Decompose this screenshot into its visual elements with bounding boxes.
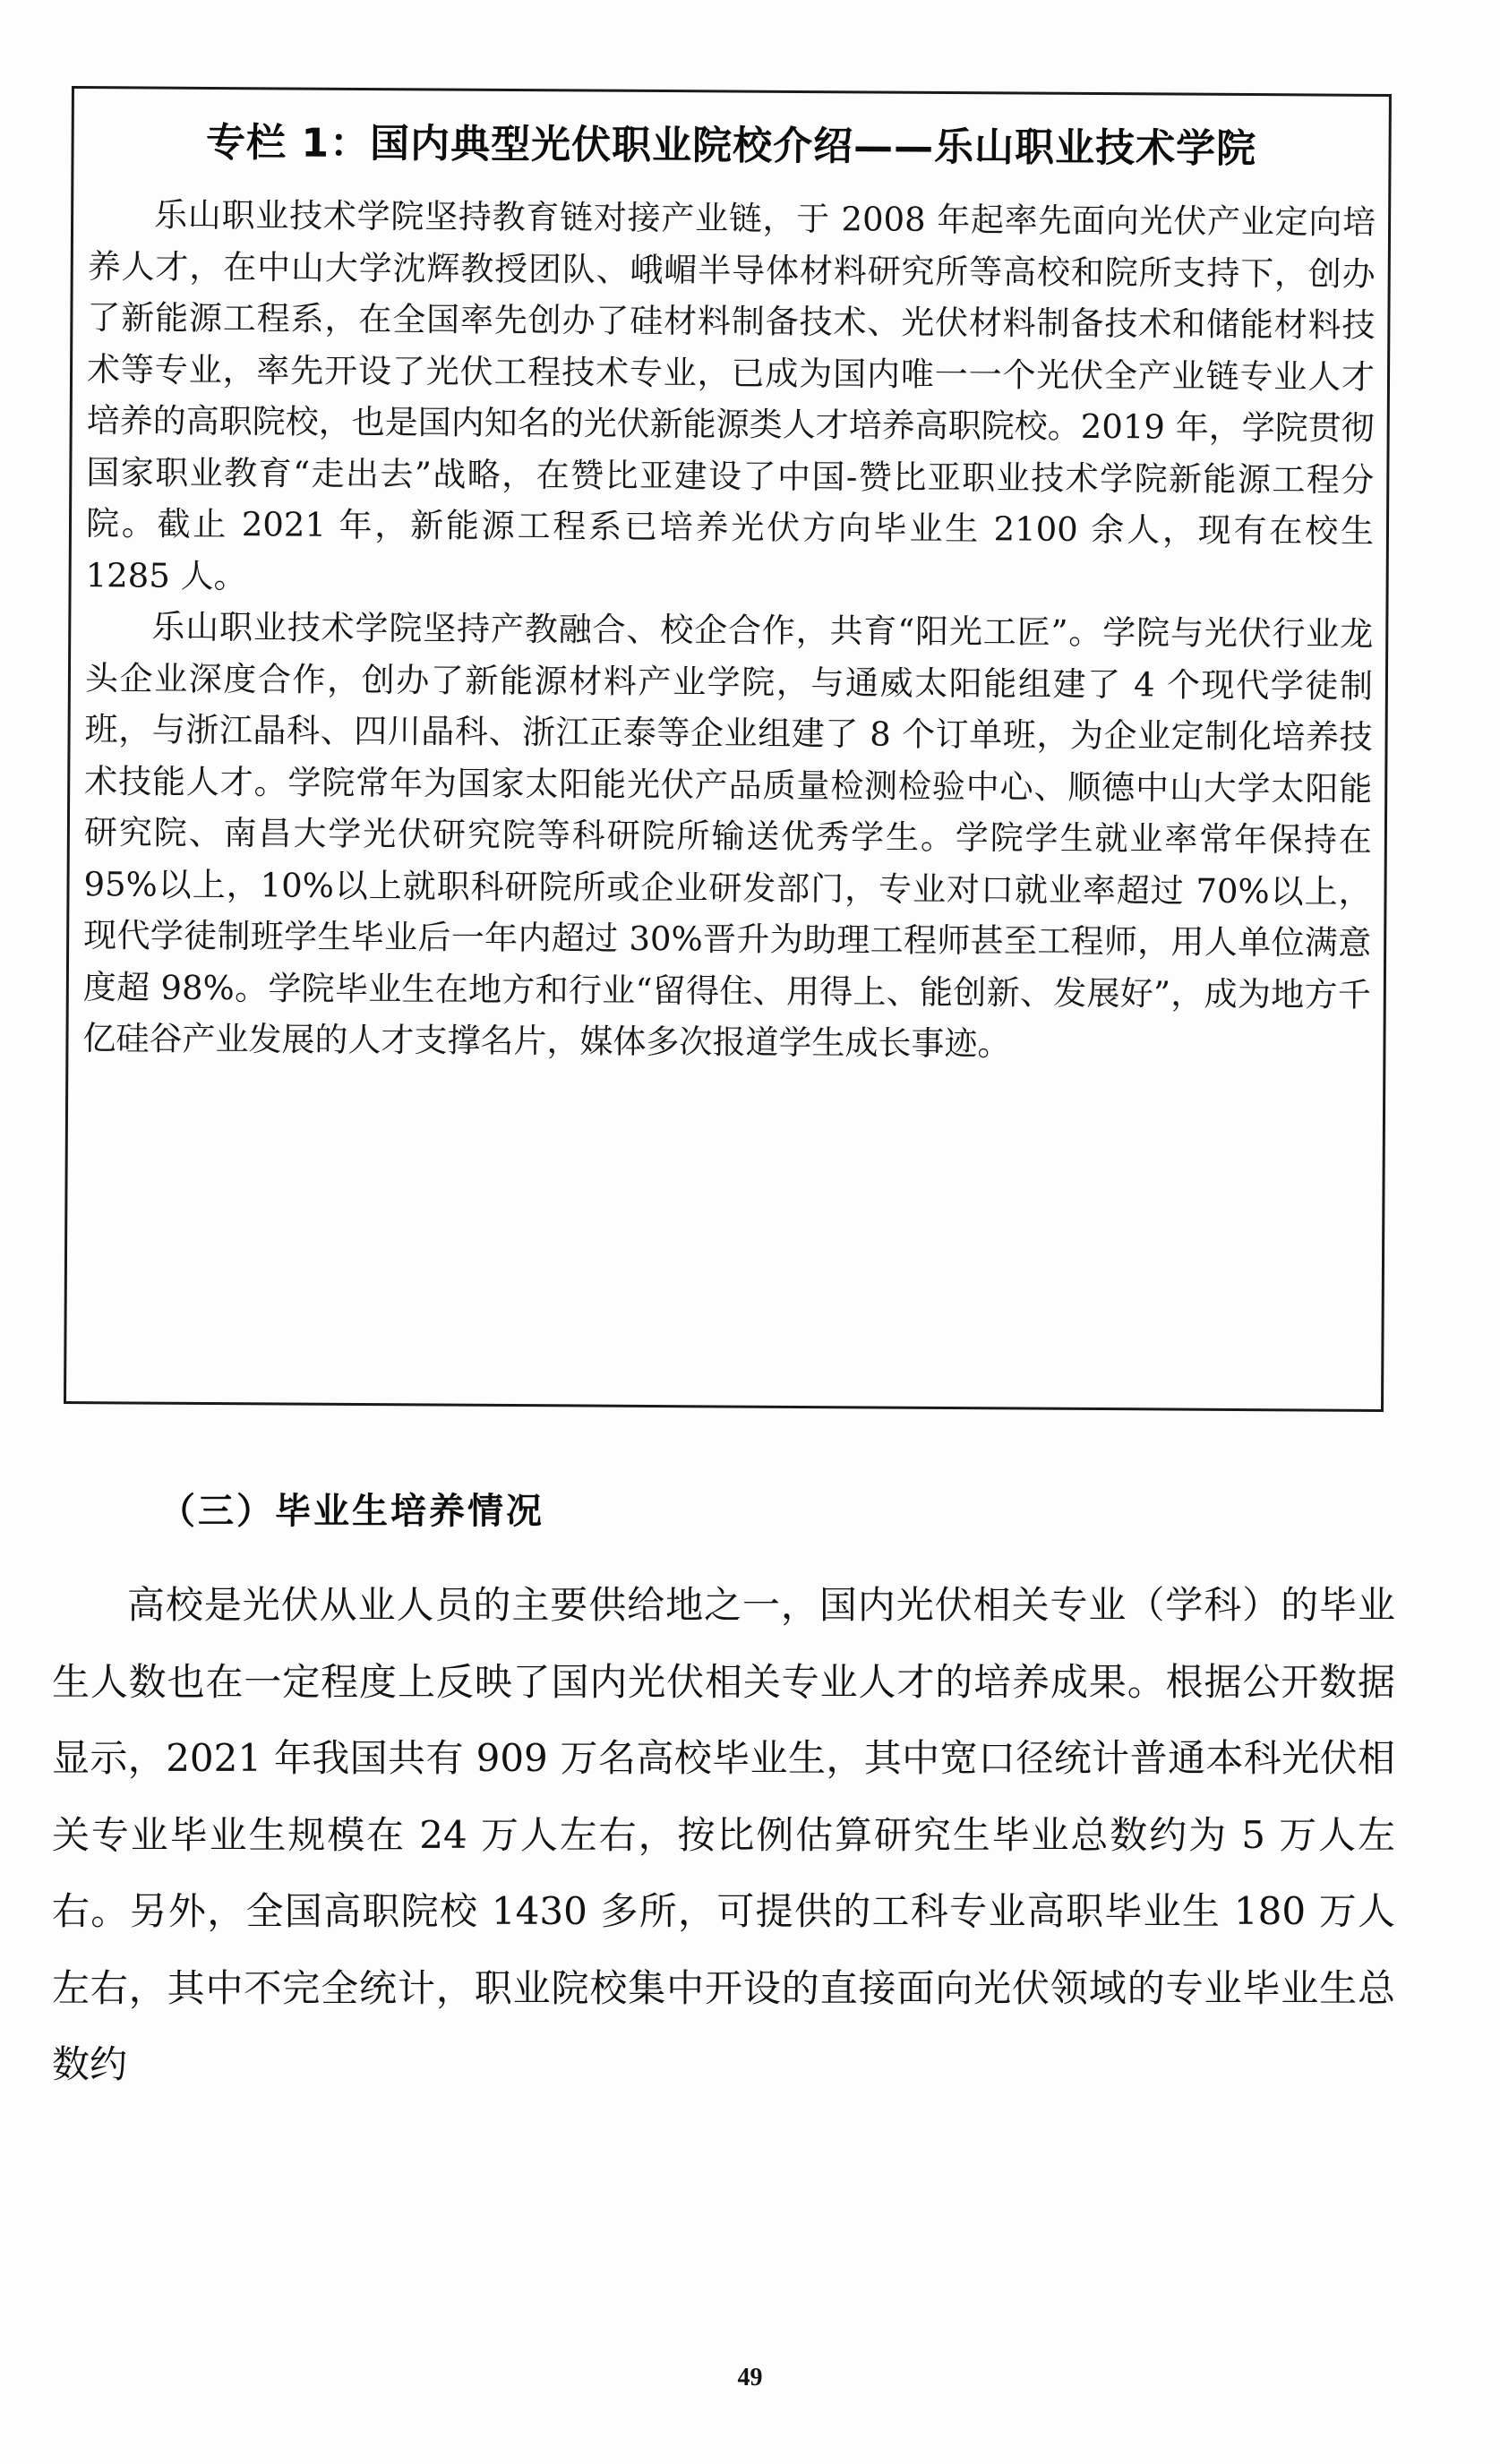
main-body-text: 高校是光伏从业人员的主要供给地之一，国内光伏相关专业（学科）的毕业生人数也在一定… <box>52 1567 1395 2103</box>
sidebar-box-body: 乐山职业技术学院坚持教育链对接产业链，于 2008 年起率先面向光伏产业定向培养… <box>82 189 1376 1072</box>
sidebar-paragraph-1: 乐山职业技术学院坚持教育链对接产业链，于 2008 年起率先面向光伏产业定向培养… <box>85 189 1376 609</box>
sidebar-box-title: 专栏 1：国内典型光伏职业院校介绍——乐山职业技术学院 <box>73 115 1388 177</box>
section-heading: （三）毕业生培养情况 <box>159 1484 544 1538</box>
sidebar-paragraph-2: 乐山职业技术学院坚持产教融合、校企合作，共育“阳光工匠”。学院与光伏行业龙头企业… <box>82 601 1373 1072</box>
sidebar-box-column-1: 专栏 1：国内典型光伏职业院校介绍——乐山职业技术学院 乐山职业技术学院坚持教育… <box>64 86 1392 1412</box>
page-number: 49 <box>0 2364 1500 2392</box>
document-page: 专栏 1：国内典型光伏职业院校介绍——乐山职业技术学院 乐山职业技术学院坚持教育… <box>0 0 1500 2464</box>
body-paragraph-1: 高校是光伏从业人员的主要供给地之一，国内光伏相关专业（学科）的毕业生人数也在一定… <box>52 1567 1395 2103</box>
